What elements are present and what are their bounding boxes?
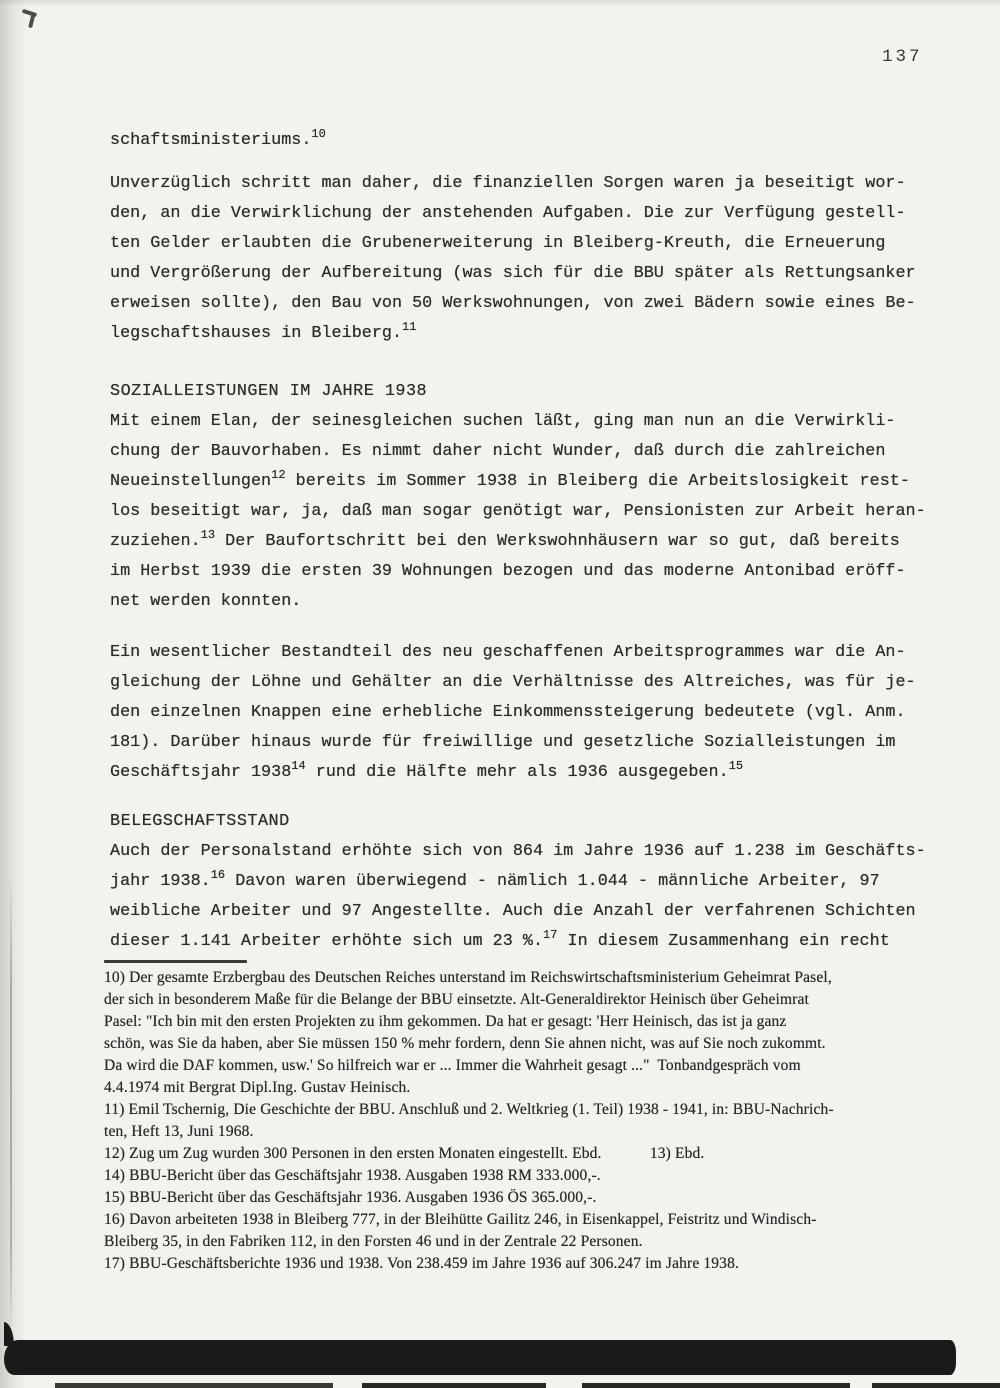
text-line: weibliche Arbeiter und 97 Angestellte. A…	[110, 897, 926, 927]
text-segment: Unverzüglich schritt man daher, die fina…	[110, 174, 906, 193]
text-segment: schaftsministeriums.	[110, 131, 311, 150]
text-line: ten, Heft 13, Juni 1968.	[104, 1121, 834, 1143]
text-segment: Bleiberg 35, in den Fabriken 112, in den…	[104, 1233, 643, 1250]
paragraph-bauvorhaben: Mit einem Elan, der seinesgleichen suche…	[110, 407, 926, 617]
text-segment: In diesem Zusammenhang ein recht	[557, 932, 889, 951]
text-segment: der sich in besonderem Maße für die Bela…	[104, 991, 809, 1008]
text-segment: chung der Bauvorhaben. Es nimmt daher ni…	[110, 442, 885, 461]
text-segment: Mit einem Elan, der seinesgleichen suche…	[110, 412, 896, 431]
text-segment: bereits im Sommer 1938 in Bleiberg die A…	[286, 472, 910, 491]
footnote-reference-superscript: 17	[543, 928, 557, 942]
text-line: 10) Der gesamte Erzbergbau des Deutschen…	[104, 967, 834, 989]
text-line: Bleiberg 35, in den Fabriken 112, in den…	[104, 1231, 834, 1253]
text-line: 16) Davon arbeiteten 1938 in Bleiberg 77…	[104, 1209, 834, 1231]
scan-artifact-bar	[4, 1340, 956, 1375]
text-line: Pasel: "Ich bin mit den ersten Projekten…	[104, 1011, 834, 1033]
text-segment: 4.4.1974 mit Bergrat Dipl.Ing. Gustav He…	[104, 1079, 410, 1096]
text-segment: 181). Darüber hinaus wurde für freiwilli…	[110, 733, 896, 752]
text-segment: erweisen sollte), den Bau von 50 Werkswo…	[110, 294, 916, 313]
section-heading-sozialleistungen: SOZIALLEISTUNGEN IM JAHRE 1938	[110, 377, 427, 407]
text-line: den einzelnen Knappen eine erhebliche Ei…	[110, 698, 916, 728]
section-heading-belegschaftsstand: BELEGSCHAFTSSTAND	[110, 807, 290, 837]
footnote-reference-superscript: 11	[402, 320, 416, 334]
text-line: 17) BBU-Geschäftsberichte 1936 und 1938.…	[104, 1253, 834, 1275]
text-segment: 15) BBU-Bericht über das Geschäftsjahr 1…	[104, 1189, 597, 1206]
footnote-reference-superscript: 14	[291, 759, 305, 773]
text-segment: Pasel: "Ich bin mit den ersten Projekten…	[104, 1013, 786, 1030]
footnotes-block: 10) Der gesamte Erzbergbau des Deutschen…	[104, 967, 834, 1275]
text-line: Geschäftsjahr 193814 rund die Hälfte meh…	[110, 758, 916, 788]
scan-artifact-segment	[872, 1383, 1000, 1388]
text-line: Da wird die DAF kommen, usw.' So hilfrei…	[104, 1055, 834, 1077]
text-line: Neueinstellungen12 bereits im Sommer 193…	[110, 467, 926, 497]
text-line: schön, was Sie da haben, aber Sie müssen…	[104, 1033, 834, 1055]
text-line: zuziehen.13 Der Baufortschritt bei den W…	[110, 527, 926, 557]
text-segment: rund die Hälfte mehr als 1936 ausgegeben…	[306, 763, 729, 782]
text-line: im Herbst 1939 die ersten 39 Wohnungen b…	[110, 557, 926, 587]
text-segment: den einzelnen Knappen eine erhebliche Ei…	[110, 703, 906, 722]
text-line: und Vergrößerung der Aufbereitung (was s…	[110, 259, 916, 289]
text-segment: 14) BBU-Bericht über das Geschäftsjahr 1…	[104, 1167, 601, 1184]
text-line: den, an die Verwirklichung der anstehend…	[110, 199, 916, 229]
text-line: erweisen sollte), den Bau von 50 Werkswo…	[110, 289, 916, 319]
footnote-reference-superscript: 10	[311, 127, 325, 141]
text-segment: net werden konnten.	[110, 592, 301, 611]
text-line: 4.4.1974 mit Bergrat Dipl.Ing. Gustav He…	[104, 1077, 834, 1099]
text-segment: Neueinstellungen	[110, 472, 271, 491]
footnote-reference-superscript: 15	[729, 759, 743, 773]
text-line: legschaftshauses in Bleiberg.11	[110, 319, 916, 349]
footnote-reference-superscript: 13	[201, 528, 215, 542]
scan-artifact-segment	[55, 1383, 333, 1388]
text-segment: dieser 1.141 Arbeiter erhöhte sich um 23…	[110, 932, 543, 951]
text-segment: jahr 1938.	[110, 872, 211, 891]
text-line: Ein wesentlicher Bestandteil des neu ges…	[110, 638, 916, 668]
text-segment: 17) BBU-Geschäftsberichte 1936 und 1938.…	[104, 1255, 739, 1272]
text-segment: 12) Zug um Zug wurden 300 Personen in de…	[104, 1145, 704, 1162]
text-line: gleichung der Löhne und Gehälter an die …	[110, 668, 916, 698]
text-segment: und Vergrößerung der Aufbereitung (was s…	[110, 264, 916, 283]
paragraph-personalstand: Auch der Personalstand erhöhte sich von …	[110, 837, 926, 957]
scan-edge-shading-left	[0, 0, 28, 1388]
text-line: 12) Zug um Zug wurden 300 Personen in de…	[104, 1143, 834, 1165]
text-line: Auch der Personalstand erhöhte sich von …	[110, 837, 926, 867]
text-line: Unverzüglich schritt man daher, die fina…	[110, 169, 916, 199]
scan-artifact-segment	[362, 1383, 546, 1388]
text-line: der sich in besonderem Maße für die Bela…	[104, 989, 834, 1011]
text-segment: Geschäftsjahr 1938	[110, 763, 291, 782]
text-segment: zuziehen.	[110, 532, 201, 551]
text-line: Mit einem Elan, der seinesgleichen suche…	[110, 407, 926, 437]
text-line: 181). Darüber hinaus wurde für freiwilli…	[110, 728, 916, 758]
text-segment: schön, was Sie da haben, aber Sie müssen…	[104, 1035, 826, 1052]
page-number: 137	[882, 47, 923, 67]
text-line: los beseitigt war, ja, daß man sogar gen…	[110, 497, 926, 527]
text-segment: Auch der Personalstand erhöhte sich von …	[110, 842, 926, 861]
scan-crease-line	[10, 875, 12, 1333]
text-line: ten Gelder erlaubten die Grubenerweiteru…	[110, 229, 916, 259]
text-segment: ten, Heft 13, Juni 1968.	[104, 1123, 254, 1140]
text-line: 11) Emil Tschernig, Die Geschichte der B…	[104, 1099, 834, 1121]
paragraph-arbeitsprogramm: Ein wesentlicher Bestandteil des neu ges…	[110, 638, 916, 788]
text-segment: los beseitigt war, ja, daß man sogar gen…	[110, 502, 926, 521]
paragraph-finanzielle-sorgen: Unverzüglich schritt man daher, die fina…	[110, 169, 916, 349]
text-line: chung der Bauvorhaben. Es nimmt daher ni…	[110, 437, 926, 467]
text-segment: 11) Emil Tschernig, Die Geschichte der B…	[104, 1101, 834, 1118]
text-segment: ten Gelder erlaubten die Grubenerweiteru…	[110, 234, 885, 253]
text-line: net werden konnten.	[110, 587, 926, 617]
footnote-reference-superscript: 16	[211, 868, 225, 882]
text-line: 15) BBU-Bericht über das Geschäftsjahr 1…	[104, 1187, 834, 1209]
text-segment: Da wird die DAF kommen, usw.' So hilfrei…	[104, 1057, 801, 1074]
text-segment: legschaftshauses in Bleiberg.	[110, 324, 402, 343]
carryover-line: schaftsministeriums.10	[110, 126, 326, 156]
text-segment: Davon waren überwiegend - nämlich 1.044 …	[225, 872, 880, 891]
text-line: dieser 1.141 Arbeiter erhöhte sich um 23…	[110, 927, 926, 957]
text-line: schaftsministeriums.10	[110, 126, 326, 156]
text-segment: weibliche Arbeiter und 97 Angestellte. A…	[110, 902, 916, 921]
scan-artifact-segment	[582, 1383, 850, 1388]
text-segment: Der Baufortschritt bei den Werkswohnhäus…	[215, 532, 900, 551]
text-line: 14) BBU-Bericht über das Geschäftsjahr 1…	[104, 1165, 834, 1187]
text-segment: Ein wesentlicher Bestandteil des neu ges…	[110, 643, 906, 662]
scan-edge-shading-top	[0, 0, 1000, 6]
footnote-separator-rule	[104, 960, 247, 963]
text-segment: 16) Davon arbeiteten 1938 in Bleiberg 77…	[104, 1211, 817, 1228]
footnote-reference-superscript: 12	[271, 468, 285, 482]
pen-mark-top-left	[20, 8, 44, 32]
text-line: jahr 1938.16 Davon waren überwiegend - n…	[110, 867, 926, 897]
text-segment: gleichung der Löhne und Gehälter an die …	[110, 673, 916, 692]
scanned-document-page: 137 schaftsministeriums.10 Unverzüglich …	[0, 0, 1000, 1388]
text-segment: im Herbst 1939 die ersten 39 Wohnungen b…	[110, 562, 906, 581]
text-segment: 10) Der gesamte Erzbergbau des Deutschen…	[104, 969, 832, 986]
text-segment: den, an die Verwirklichung der anstehend…	[110, 204, 906, 223]
